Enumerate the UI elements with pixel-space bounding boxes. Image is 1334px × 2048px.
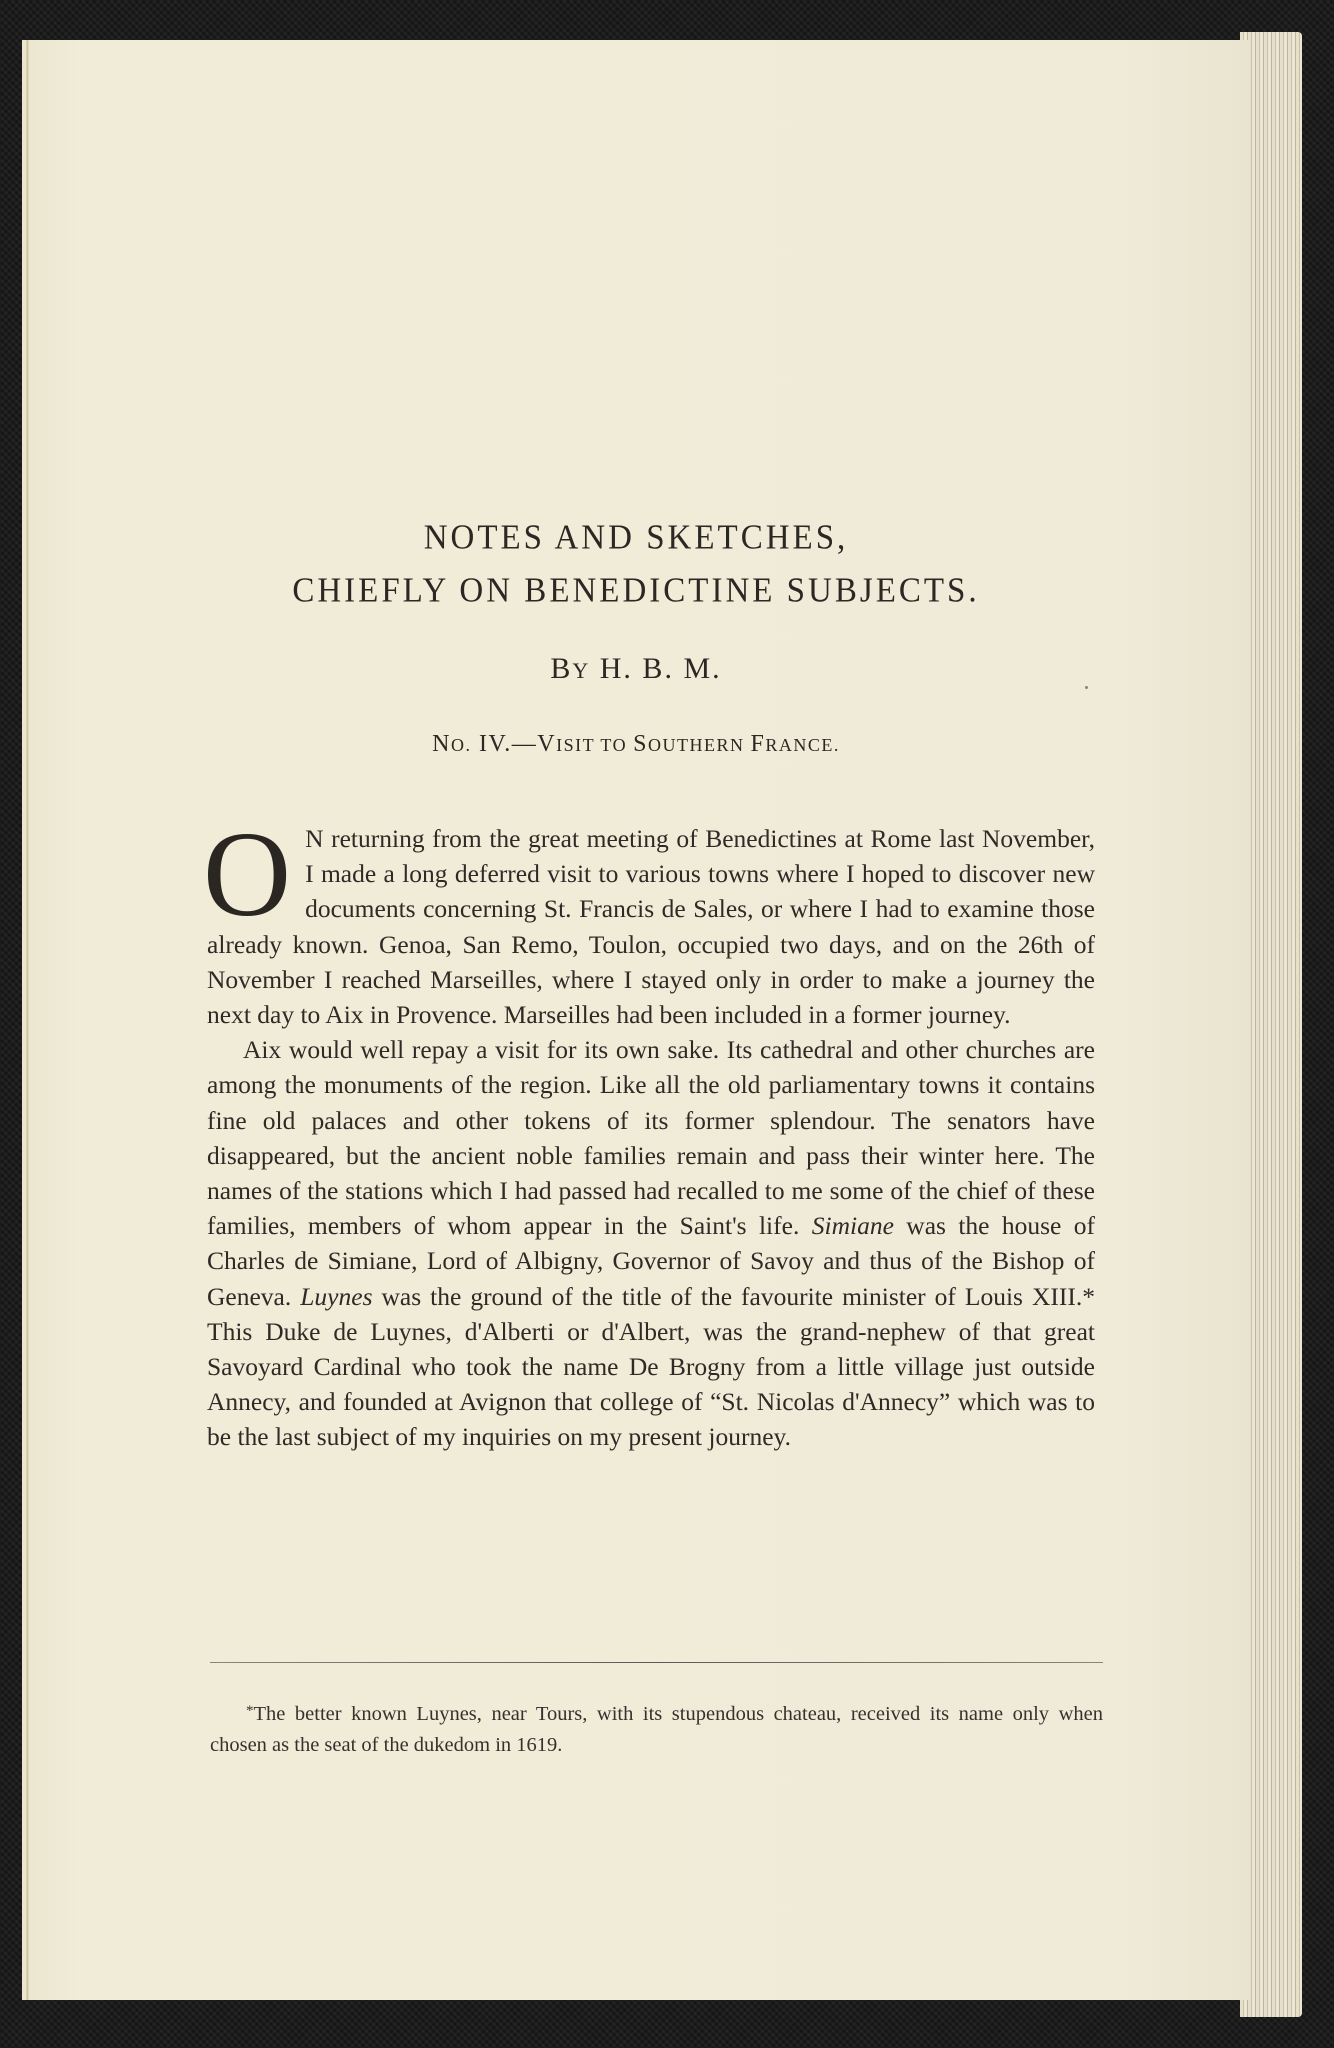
footnote-divider	[210, 1662, 1103, 1663]
paragraph-1-first-letter-rest: N	[305, 824, 323, 853]
footnote-text: The better known Luynes, near Tours, wit…	[210, 1703, 1103, 1756]
section-title-word-2-initial: S	[633, 731, 648, 757]
section-heading: NO. IV.—VISIT TO SOUTHERN FRANCE.	[22, 731, 1250, 758]
byline-prefix-initial: B	[550, 652, 572, 685]
byline-author: H. B. M.	[600, 652, 722, 685]
italic-simiane: Simiane	[812, 1211, 894, 1240]
section-title-word-3-rest: RANCE.	[765, 735, 840, 755]
footnote: *The better known Luynes, near Tours, wi…	[210, 1696, 1103, 1761]
section-roman: IV.—	[479, 731, 537, 757]
book-page: NOTES AND SKETCHES, CHIEFLY ON BENEDICTI…	[22, 40, 1250, 2000]
paragraph-1: ON returning from the great meeting of B…	[207, 821, 1095, 1032]
article-body: ON returning from the great meeting of B…	[207, 821, 1095, 1455]
section-title-word-1-initial: V	[537, 731, 556, 757]
section-number-initial: N	[432, 731, 451, 757]
paper-speck	[840, 1049, 843, 1052]
section-title-word-1-rest: ISIT TO	[556, 735, 633, 755]
byline-prefix-rest: Y	[572, 658, 590, 683]
paragraph-2: Aix would well repay a visit for its own…	[207, 1032, 1095, 1454]
paper-speck	[1085, 686, 1088, 689]
section-title-word-3-initial: F	[750, 731, 765, 757]
paragraph-2-text-a: Aix would well repay a visit for its own…	[207, 1035, 1095, 1240]
article-title-line-2: CHIEFLY ON BENEDICTINE SUBJECTS.	[22, 574, 1250, 609]
author-byline: BY H. B. M.	[22, 652, 1250, 686]
section-title-word-2-rest: OUTHERN	[648, 735, 751, 755]
section-number-rest: O.	[451, 735, 472, 755]
spine-crease	[26, 40, 29, 2000]
paragraph-1-text: returning from the great meeting of Bene…	[207, 824, 1095, 1029]
footnote-marker: *	[246, 1703, 254, 1719]
article-title-line-1: NOTES AND SKETCHES,	[22, 521, 1250, 556]
italic-luynes: Luynes	[300, 1282, 372, 1311]
drop-cap: O	[203, 829, 291, 921]
